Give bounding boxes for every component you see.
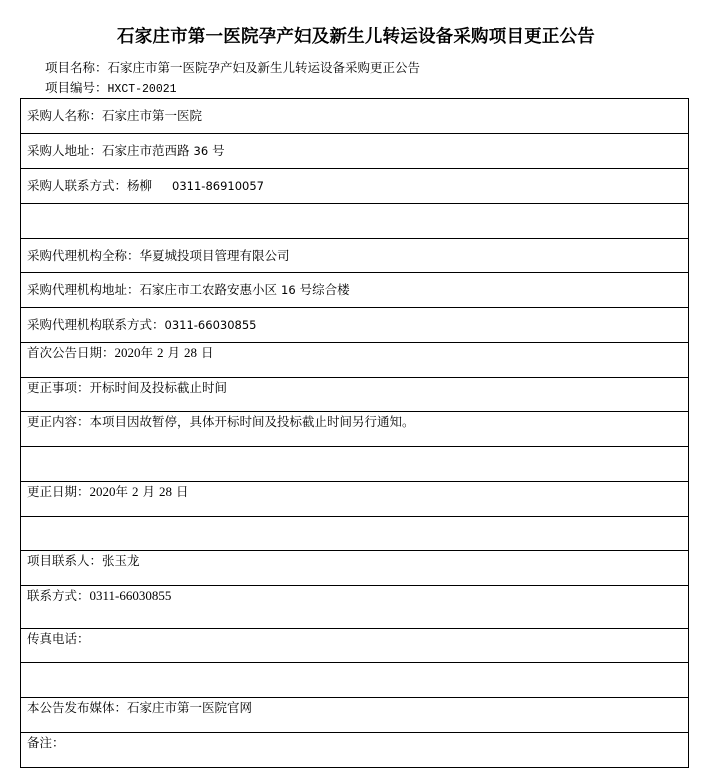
purchaser-contact-phone: 0311-86910057 [172,179,264,193]
page-title: 石家庄市第一医院孕产妇及新生儿转运设备采购项目更正公告 [0,24,712,50]
purchaser-contact-person: 杨柳 [127,178,152,193]
publication-media-value: 石家庄市第一医院官网 [127,700,252,715]
purchaser-address-value: 石家庄市范西路 [102,143,190,158]
agency-address-label: 采购代理机构地址： [27,282,140,297]
correction-date-day: 28 [159,484,172,499]
correction-date-label: 更正日期： [27,484,90,499]
purchaser-address-label: 采购人地址： [27,143,102,158]
project-number-line: 项目编号：HXCT-20021 [45,79,177,99]
row-agency-name: 采购代理机构全称：华夏城投项目管理有限公司 [21,239,688,273]
agency-contact-label: 采购代理机构联系方式： [27,317,165,332]
row-purchaser-contact: 采购人联系方式：杨柳0311-86910057 [21,169,688,204]
correction-date-day-unit: 日 [176,484,189,499]
row-agency-address: 采购代理机构地址：石家庄市工农路安惠小区 16 号综合楼 [21,273,688,308]
project-name-label: 项目名称： [45,60,108,75]
correction-date-month-unit: 月 [143,484,156,499]
row-purchaser-name: 采购人名称：石家庄市第一医院 [21,99,688,134]
remarks-label: 备注： [27,735,65,750]
row-empty [21,447,688,482]
first-date-day: 28 [184,345,197,360]
agency-address-value: 石家庄市工农路安惠小区 [140,282,278,297]
row-empty [21,517,688,551]
row-contact-phone: 联系方式：0311-66030855 [21,586,688,629]
purchaser-contact-label: 采购人联系方式： [27,178,127,193]
correction-item-value: 开标时间及投标截止时间 [90,380,228,395]
row-publication-media: 本公告发布媒体：石家庄市第一医院官网 [21,698,688,733]
correction-date-year-unit: 年 [116,484,129,499]
agency-name-value: 华夏城投项目管理有限公司 [140,248,290,263]
project-contact-label: 项目联系人： [27,553,102,568]
first-date-year: 2020 [115,345,141,360]
row-empty [21,204,688,239]
row-correction-content: 更正内容：本项目因故暂停，具体开标时间及投标截止时间另行通知。 [21,412,688,447]
first-date-month: 2 [157,345,164,360]
row-remarks: 备注： [21,733,688,768]
agency-address-suffix: 号综合楼 [300,282,350,297]
purchaser-name-label: 采购人名称： [27,108,102,123]
row-correction-date: 更正日期：2020年 2 月 28 日 [21,482,688,517]
purchaser-name-value: 石家庄市第一医院 [102,108,202,123]
purchaser-address-suffix: 号 [212,143,225,158]
publication-media-label: 本公告发布媒体： [27,700,127,715]
correction-content-label: 更正内容： [27,414,90,429]
project-contact-value: 张玉龙 [102,553,140,568]
project-name-value: 石家庄市第一医院孕产妇及新生儿转运设备采购更正公告 [108,60,421,75]
row-purchaser-address: 采购人地址：石家庄市范西路 36 号 [21,134,688,169]
first-date-month-unit: 月 [168,345,181,360]
correction-content-value: 本项目因故暂停，具体开标时间及投标截止时间另行通知。 [90,414,415,429]
row-empty [21,663,688,698]
contact-phone-value: 0311-66030855 [90,588,172,603]
row-correction-item: 更正事项：开标时间及投标截止时间 [21,378,688,412]
correction-item-label: 更正事项： [27,380,90,395]
agency-name-label: 采购代理机构全称： [27,248,140,263]
fax-label: 传真电话： [27,631,90,646]
row-project-contact: 项目联系人：张玉龙 [21,551,688,586]
first-date-year-unit: 年 [141,345,154,360]
agency-address-number: 16 [281,283,296,297]
correction-date-year: 2020 [90,484,116,499]
project-number-value: HXCT-20021 [108,83,177,96]
purchaser-address-number: 36 [194,144,209,158]
row-agency-contact: 采购代理机构联系方式：0311-66030855 [21,308,688,343]
contact-phone-label: 联系方式： [27,588,90,603]
agency-contact-phone: 0311-66030855 [165,318,257,332]
project-name-line: 项目名称：石家庄市第一医院孕产妇及新生儿转运设备采购更正公告 [45,59,420,77]
first-date-label: 首次公告日期： [27,345,115,360]
first-date-day-unit: 日 [201,345,214,360]
correction-date-month: 2 [132,484,139,499]
row-fax: 传真电话： [21,629,688,663]
row-first-announcement-date: 首次公告日期：2020年 2 月 28 日 [21,343,688,378]
announcement-table: 采购人名称：石家庄市第一医院 采购人地址：石家庄市范西路 36 号 采购人联系方… [20,98,689,768]
project-number-label: 项目编号： [45,80,108,95]
